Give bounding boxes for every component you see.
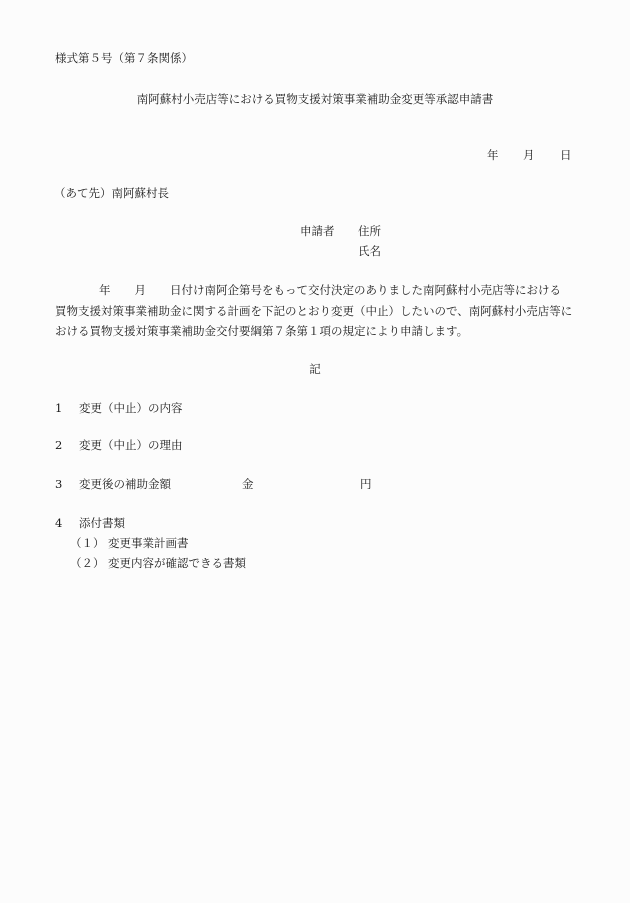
- body-month-label: 月: [135, 283, 147, 297]
- item-label: 変更（中止）の理由: [79, 438, 183, 452]
- item-label: 変更後の補助金額: [79, 477, 171, 491]
- item-number: 1: [55, 400, 79, 416]
- item-number: 3: [55, 476, 79, 492]
- attachment-item: （１）変更事業計画書: [70, 535, 189, 551]
- ki-heading: 記: [0, 361, 630, 377]
- attachment-label: 変更事業計画書: [108, 536, 189, 550]
- amount-unit: 円: [360, 476, 372, 492]
- date-year-label: 年: [487, 147, 499, 163]
- document-title: 南阿蘇村小売店等における買物支援対策事業補助金変更等承認申請書: [0, 91, 630, 107]
- item-subsidy-amount: 3変更後の補助金額: [55, 476, 171, 492]
- body-year-label: 年: [99, 283, 111, 297]
- body-line-1: 年月日付け南阿企第号をもって交付決定のありました南阿蘇村小売店等における: [55, 280, 575, 301]
- attachment-number: （２）: [70, 555, 108, 571]
- item-number: 4: [55, 515, 79, 531]
- applicant-name-label: 氏名: [358, 243, 381, 259]
- item-label: 添付書類: [79, 516, 125, 530]
- item-change-reason: 2変更（中止）の理由: [55, 437, 183, 453]
- date-day-label: 日: [560, 147, 572, 163]
- item-label: 変更（中止）の内容: [79, 401, 183, 415]
- attachment-number: （１）: [70, 535, 108, 551]
- body-line-2: 買物支援対策事業補助金に関する計画を下記のとおり変更（中止）したいので、南阿蘇村…: [55, 301, 575, 322]
- item-attachments: 4添付書類: [55, 515, 125, 531]
- attachment-label: 変更内容が確認できる書類: [108, 556, 246, 570]
- application-body: 年月日付け南阿企第号をもって交付決定のありました南阿蘇村小売店等における 買物支…: [55, 280, 575, 342]
- body-line-3: おける買物支援対策事業補助金交付要綱第７条第１項の規定により申請します。: [55, 321, 575, 342]
- date-month-label: 月: [523, 147, 535, 163]
- applicant-label: 申請者: [300, 223, 335, 239]
- body-line-1-text: 日付け南阿企第号をもって交付決定のありました南阿蘇村小売店等における: [170, 283, 561, 297]
- amount-prefix: 金: [242, 476, 254, 492]
- addressee: （あて先）南阿蘇村長: [54, 185, 169, 201]
- attachment-item: （２）変更内容が確認できる書類: [70, 555, 246, 571]
- item-number: 2: [55, 437, 79, 453]
- form-number: 様式第５号（第７条関係）: [55, 50, 193, 66]
- applicant-address-label: 住所: [358, 223, 381, 239]
- item-change-content: 1変更（中止）の内容: [55, 400, 183, 416]
